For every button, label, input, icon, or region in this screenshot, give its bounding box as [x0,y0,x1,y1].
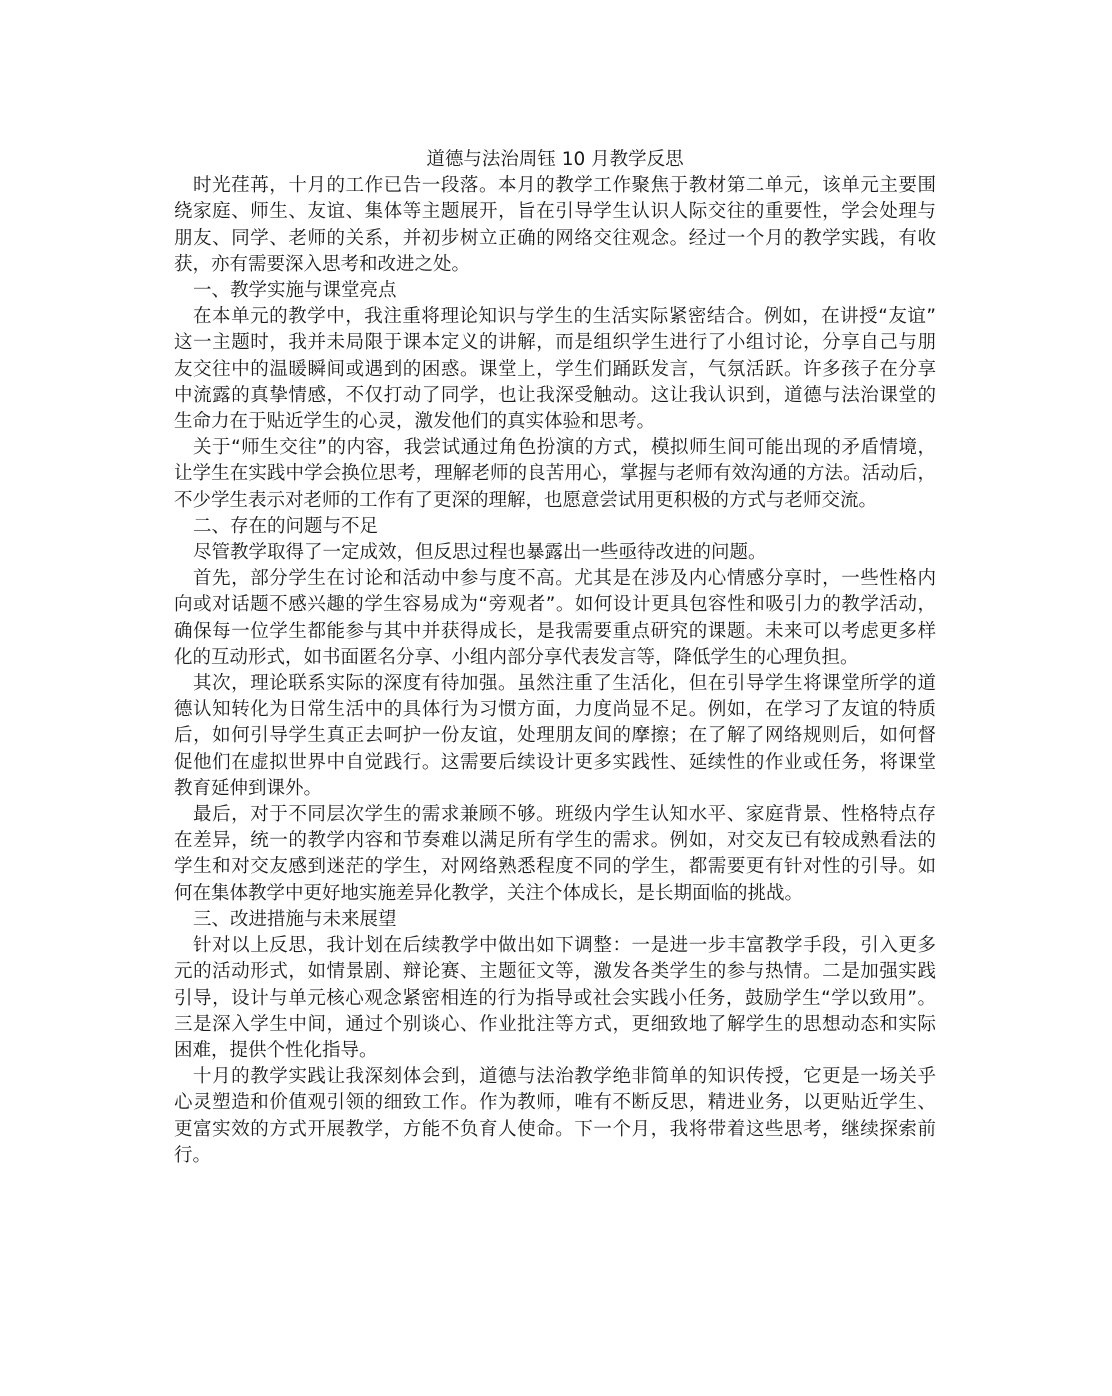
paragraph-line: 中流露的真挚情感，不仅打动了同学，也让我深受触动。这让我认识到，道德与法治课堂的 [174,383,936,409]
paragraph-line: 德认知转化为日常生活中的具体行为习惯方面，力度尚显不足。例如，在学习了友谊的特质 [174,697,936,723]
paragraph-line: 在本单元的教学中，我注重将理论知识与学生的生活实际紧密结合。例如，在讲授“友谊” [174,304,936,330]
paragraph-line-end: 生命力在于贴近学生的心灵，激发他们的真实体验和思考。 [174,409,936,435]
paragraph-line: 心灵塑造和价值观引领的细致工作。作为教师，唯有不断反思，精进业务，以更贴近学生、 [174,1090,936,1116]
paragraph-line-end: 一、教学实施与课堂亮点 [174,278,936,304]
paragraph-line-end: 二、存在的问题与不足 [174,514,936,540]
paragraph-line-end: 困难，提供个性化指导。 [174,1038,936,1064]
paragraph-line: 向或对话题不感兴趣的学生容易成为“旁观者”。如何设计更具包容性和吸引力的教学活动… [174,592,936,618]
paragraph-line: 这一主题时，我并未局限于课本定义的讲解，而是组织学生进行了小组讨论，分享自己与朋 [174,330,936,356]
paragraph-line: 元的活动形式，如情景剧、辩论赛、主题征文等，激发各类学生的参与热情。二是加强实践 [174,959,936,985]
paragraph-line: 在差异，统一的教学内容和节奏难以满足所有学生的需求。例如，对交友已有较成熟看法的 [174,828,936,854]
paragraph-line: 后，如何引导学生真正去呵护一份友谊，处理朋友间的摩擦；在了解了网络规则后，如何督 [174,723,936,749]
paragraph-line: 时光荏苒，十月的工作已告一段落。本月的教学工作聚焦于教材第二单元，该单元主要围 [174,173,936,199]
paragraph-line-end: 不少学生表示对老师的工作有了更深的理解，也愿意尝试用更积极的方式与老师交流。 [174,488,936,514]
paragraph-line: 更富实效的方式开展教学，方能不负育人使命。下一个月，我将带着这些思考，继续探索前 [174,1117,936,1143]
paragraph-line: 引导，设计与单元核心观念紧密相连的行为指导或社会实践小任务，鼓励学生“学以致用”… [174,986,936,1012]
paragraph-line-end: 化的互动形式，如书面匿名分享、小组内部分享代表发言等，降低学生的心理负担。 [174,645,936,671]
document-page: 道德与法治周钰 10 月教学反思 时光荏苒，十月的工作已告一段落。本月的教学工作… [174,147,936,1169]
paragraph-line: 其次，理论联系实际的深度有待加强。虽然注重了生活化，但在引导学生将课堂所学的道 [174,671,936,697]
paragraph-line: 确保每一位学生都能参与其中并获得成长，是我需要重点研究的课题。未来可以考虑更多样 [174,619,936,645]
document-title: 道德与法治周钰 10 月教学反思 [174,147,936,173]
paragraph-line-end: 行。 [174,1143,936,1169]
paragraph-line: 首先，部分学生在讨论和活动中参与度不高。尤其是在涉及内心情感分享时，一些性格内 [174,566,936,592]
paragraph-line: 让学生在实践中学会换位思考，理解老师的良苦用心，掌握与老师有效沟通的方法。活动后… [174,461,936,487]
paragraph-line-end: 获，亦有需要深入思考和改进之处。 [174,252,936,278]
paragraph-line-end: 何在集体教学中更好地实施差异化教学，关注个体成长，是长期面临的挑战。 [174,881,936,907]
paragraph-line: 针对以上反思，我计划在后续教学中做出如下调整：一是进一步丰富教学手段，引入更多 [174,933,936,959]
paragraph-line: 十月的教学实践让我深刻体会到，道德与法治教学绝非简单的知识传授，它更是一场关乎 [174,1064,936,1090]
document-body: 时光荏苒，十月的工作已告一段落。本月的教学工作聚焦于教材第二单元，该单元主要围绕… [174,173,936,1169]
paragraph-line-end: 尽管教学取得了一定成效，但反思过程也暴露出一些亟待改进的问题。 [174,540,936,566]
paragraph-line: 学生和对交友感到迷茫的学生，对网络熟悉程度不同的学生，都需要更有针对性的引导。如 [174,854,936,880]
paragraph-line: 最后，对于不同层次学生的需求兼顾不够。班级内学生认知水平、家庭背景、性格特点存 [174,802,936,828]
paragraph-line: 促他们在虚拟世界中自觉践行。这需要后续设计更多实践性、延续性的作业或任务，将课堂 [174,750,936,776]
paragraph-line: 关于“师生交往”的内容，我尝试通过角色扮演的方式，模拟师生间可能出现的矛盾情境， [174,435,936,461]
paragraph-line: 三是深入学生中间，通过个别谈心、作业批注等方式，更细致地了解学生的思想动态和实际 [174,1012,936,1038]
paragraph-line: 朋友、同学、老师的关系，并初步树立正确的网络交往观念。经过一个月的教学实践，有收 [174,226,936,252]
paragraph-line-end: 教育延伸到课外。 [174,776,936,802]
paragraph-line: 绕家庭、师生、友谊、集体等主题展开，旨在引导学生认识人际交往的重要性，学会处理与 [174,199,936,225]
paragraph-line: 友交往中的温暖瞬间或遇到的困惑。课堂上，学生们踊跃发言，气氛活跃。许多孩子在分享 [174,357,936,383]
paragraph-line-end: 三、改进措施与未来展望 [174,907,936,933]
